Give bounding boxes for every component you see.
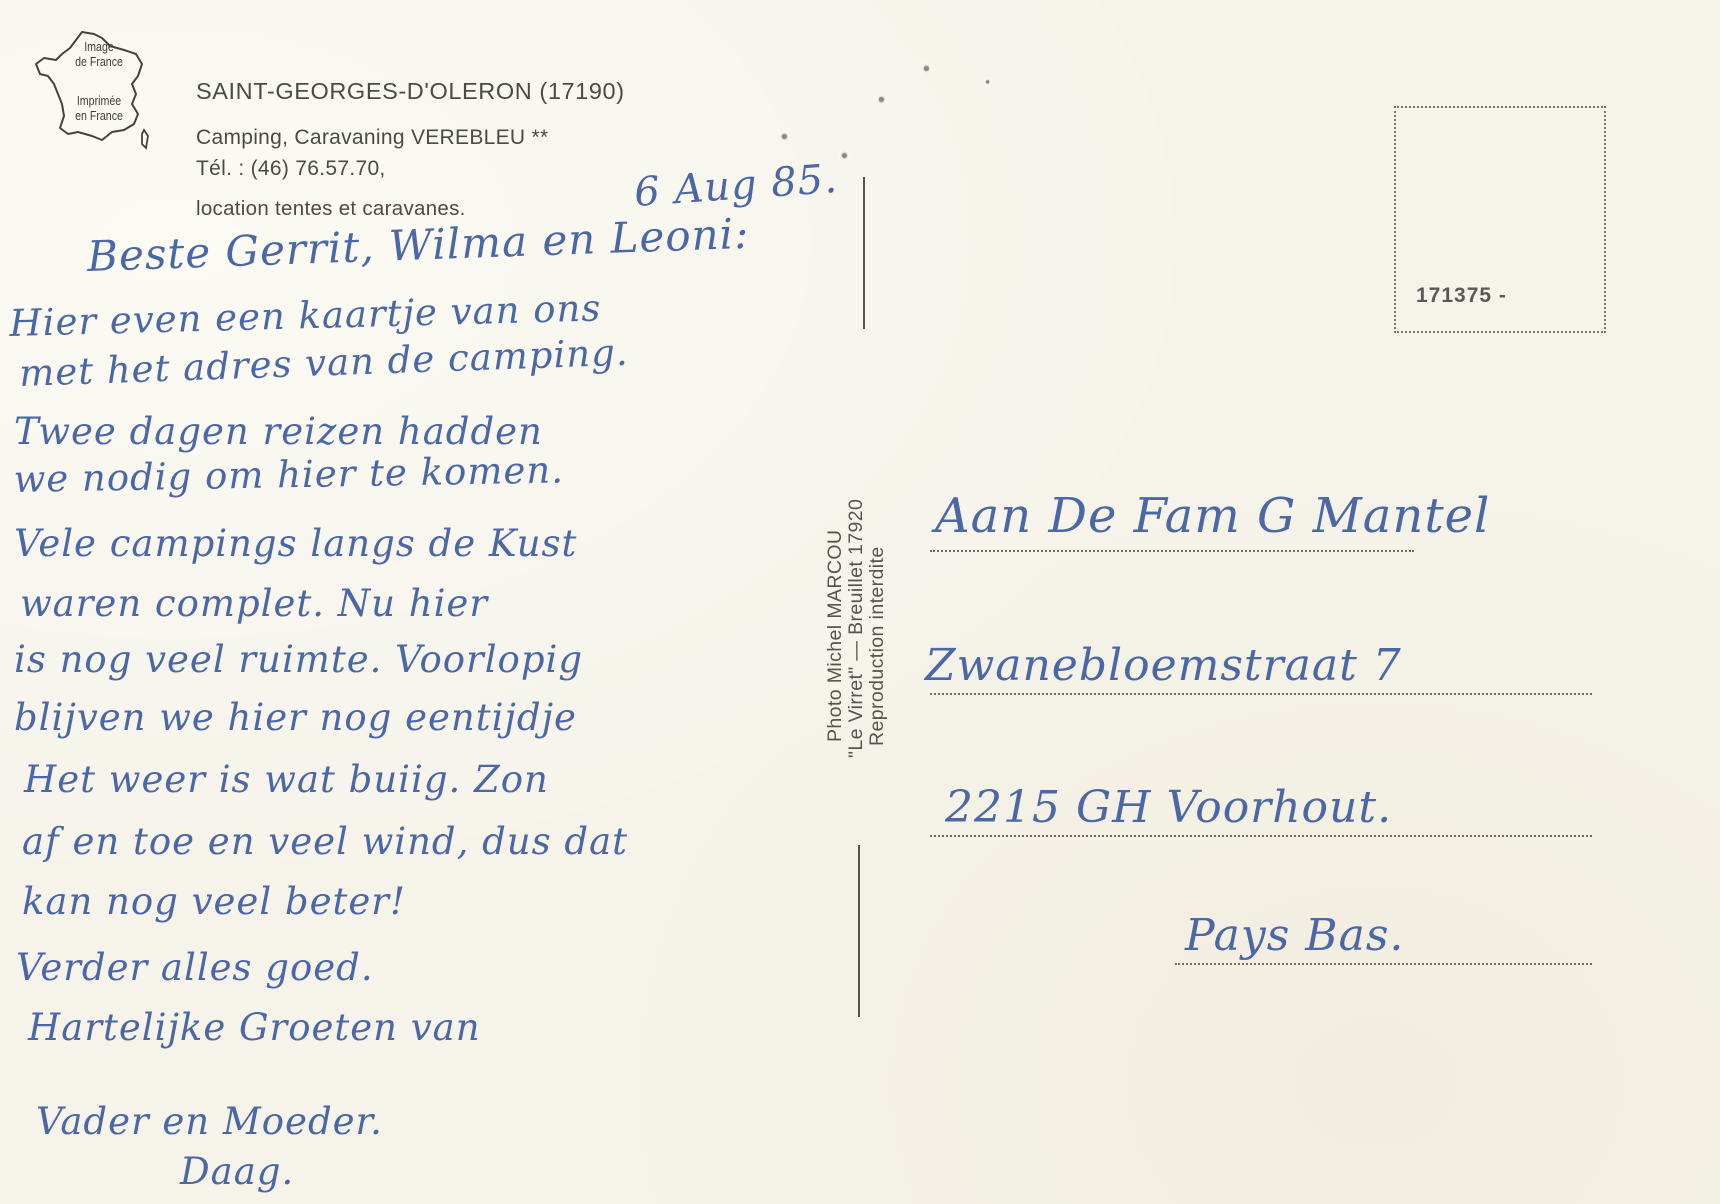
logo-line-2: de France — [71, 55, 127, 70]
credit-line-3: Reproduction interdite — [867, 499, 888, 760]
message-line: Verder alles goed. — [16, 946, 374, 989]
campsite-phone: Tél. : (46) 76.57.70, — [196, 157, 386, 181]
credit-line-1: Photo Michel MARCOU — [825, 499, 846, 760]
card-number: 171375 - — [1416, 284, 1507, 308]
emboss-mark — [984, 78, 992, 85]
message-line: af en toe en veel wind, dus dat — [22, 820, 628, 863]
emboss-mark — [921, 63, 933, 73]
campsite-rentals: location tentes et caravanes. — [196, 197, 466, 221]
message-line: is nog veel ruimte. Voorlopig — [14, 638, 583, 681]
message-line: Het weer is wat buiig. Zon — [24, 758, 549, 801]
message-line: kan nog veel beter! — [22, 880, 406, 923]
address-line-street: Zwanebloemstraat 7 — [925, 640, 1402, 691]
address-dotted-line — [1175, 963, 1592, 965]
handwritten-date: 6 Aug 85. — [633, 156, 839, 216]
image-de-france-logo: Image de France Imprimée en France — [32, 24, 172, 154]
message-line: Vele campings langs de Kust — [14, 522, 577, 565]
message-line: we nodig om hier te komen. — [13, 448, 564, 501]
campsite-name: Camping, Caravaning VEREBLEU ** — [196, 126, 548, 150]
center-divider-bottom — [858, 845, 860, 1017]
photo-credit: Photo Michel MARCOU "Le Virret" — Breuil… — [825, 499, 888, 760]
logo-line-3: Imprimée — [71, 94, 127, 109]
message-line: Twee dagen reizen hadden — [14, 410, 543, 453]
place-title: SAINT-GEORGES-D'OLERON (17190) — [196, 78, 625, 105]
address-dotted-line — [930, 835, 1592, 837]
emboss-mark — [779, 131, 791, 141]
message-line: Beste Gerrit, Wilma en Leoni: — [86, 209, 750, 281]
message-signoff: Daag. — [180, 1150, 294, 1193]
credit-line-2: "Le Virret" — Breuillet 17920 — [846, 499, 867, 760]
address-dotted-line — [930, 693, 1592, 695]
postcard-back: Image de France Imprimée en France SAINT… — [0, 0, 1720, 1204]
emboss-mark — [876, 94, 888, 104]
center-divider-top — [863, 177, 865, 329]
message-line: Vader en Moeder. — [36, 1100, 383, 1143]
address-line-country: Pays Bas. — [1185, 910, 1404, 961]
logo-line-4: en France — [71, 109, 127, 124]
message-line: blijven we hier nog eentijdje — [14, 696, 577, 739]
address-line-recipient: Aan De Fam G Mantel — [935, 488, 1490, 544]
emboss-mark — [839, 150, 851, 160]
message-line: Hartelijke Groeten van — [28, 1006, 481, 1049]
message-line: waren complet. Nu hier — [20, 582, 488, 625]
logo-line-1: Image — [71, 40, 127, 55]
address-dotted-line — [930, 550, 1414, 552]
address-line-city: 2215 GH Voorhout. — [945, 782, 1392, 833]
